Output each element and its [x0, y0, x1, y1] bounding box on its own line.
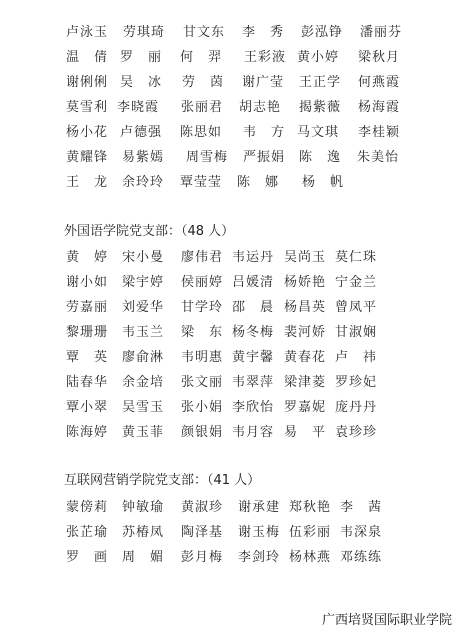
- member-name: 揭紫薇: [299, 96, 341, 115]
- member-name: 杨小花: [66, 121, 108, 140]
- member-name: 梁秋月: [358, 46, 400, 65]
- member-name: 陶泽基: [181, 521, 223, 540]
- member-name: 韦月容: [232, 421, 274, 440]
- member-name: 黄玉菲: [122, 421, 164, 440]
- member-name: 谢小如: [66, 271, 108, 290]
- member-name: 陆春华: [66, 371, 108, 390]
- member-name: 陈 娜: [237, 171, 279, 190]
- section-header: 外国语学院党支部：（48 人）: [64, 220, 234, 239]
- member-name: 李剑玲: [238, 546, 280, 565]
- member-name: 周 媚: [122, 546, 164, 565]
- member-name: 陈 逸: [299, 146, 341, 165]
- watermark: 广西培贤国际职业学院: [322, 609, 452, 628]
- member-name: 廖伟君: [181, 246, 223, 265]
- member-name: 谢玉梅: [238, 521, 280, 540]
- member-name: 李 茜: [340, 496, 382, 515]
- member-name: 陈海婷: [66, 421, 108, 440]
- member-name: 梁津菱: [284, 371, 326, 390]
- member-name: 覃小翠: [66, 396, 108, 415]
- member-name: 宋小曼: [122, 246, 164, 265]
- member-name: 劳琪琦: [123, 21, 165, 40]
- member-name: 李 秀: [242, 21, 284, 40]
- member-name: 何 羿: [180, 46, 222, 65]
- member-name: 劳 茵: [182, 71, 224, 90]
- member-name: 吴 冰: [120, 71, 162, 90]
- member-name: 钟敏瑜: [122, 496, 164, 515]
- member-name: 侯丽婷: [181, 271, 223, 290]
- member-name: 卢德强: [120, 121, 162, 140]
- member-name: 吴雪玉: [122, 396, 164, 415]
- member-name: 刘爱华: [122, 296, 164, 315]
- member-name: 裴河娇: [284, 321, 326, 340]
- member-name: 韦 方: [243, 121, 285, 140]
- member-name: 宁金兰: [335, 271, 377, 290]
- member-name: 庞丹丹: [335, 396, 377, 415]
- member-name: 张文丽: [181, 371, 223, 390]
- member-name: 郑秋艳: [289, 496, 331, 515]
- member-name: 彭泓铮: [301, 21, 343, 40]
- member-name: 杨冬梅: [232, 321, 274, 340]
- member-name: 莫仁珠: [335, 246, 377, 265]
- member-name: 罗 丽: [120, 46, 162, 65]
- member-name: 杨昌英: [284, 296, 326, 315]
- member-name: 韦明惠: [181, 346, 223, 365]
- member-name: 伍彩丽: [289, 521, 331, 540]
- member-name: 梁 东: [181, 321, 223, 340]
- member-name: 张丽君: [181, 96, 223, 115]
- member-name: 廖俞淋: [122, 346, 164, 365]
- member-name: 胡志艳: [239, 96, 281, 115]
- section-header: 互联网营销学院党支部：（41 人）: [64, 469, 260, 488]
- member-name: 何燕霞: [358, 71, 400, 90]
- member-name: 黄淑珍: [181, 496, 223, 515]
- member-name: 温 倩: [66, 46, 108, 65]
- member-name: 谢广莹: [242, 71, 284, 90]
- member-name: 杨林燕: [289, 546, 331, 565]
- member-name: 莫雪利: [66, 96, 108, 115]
- member-name: 谢承建: [238, 496, 280, 515]
- member-name: 彭月梅: [181, 546, 223, 565]
- member-name: 马文琪: [297, 121, 339, 140]
- member-name: 韦深泉: [340, 521, 382, 540]
- member-name: 韦玉兰: [122, 321, 164, 340]
- member-name: 黄小婷: [297, 46, 339, 65]
- member-name: 甘学玲: [181, 296, 223, 315]
- member-name: 朱美怡: [357, 146, 399, 165]
- member-name: 黎珊珊: [66, 321, 108, 340]
- member-name: 黄耀锋: [66, 146, 108, 165]
- member-name: 罗珍妃: [335, 371, 377, 390]
- member-name: 苏椿凤: [122, 521, 164, 540]
- member-name: 黄宇馨: [232, 346, 274, 365]
- member-name: 杨海霞: [358, 96, 400, 115]
- member-name: 谢俐俐: [66, 71, 108, 90]
- member-name: 潘丽芬: [360, 21, 402, 40]
- member-name: 杨娇艳: [284, 271, 326, 290]
- member-name: 杨 帆: [302, 171, 344, 190]
- member-name: 曾凤平: [335, 296, 377, 315]
- member-name: 黄春花: [284, 346, 326, 365]
- member-name: 黄 婷: [66, 246, 108, 265]
- member-name: 罗 画: [66, 546, 108, 565]
- member-name: 覃莹莹: [180, 171, 222, 190]
- member-name: 余玲玲: [122, 171, 164, 190]
- member-name: 王彩液: [244, 46, 286, 65]
- member-name: 周雪梅: [186, 146, 228, 165]
- member-name: 陈思如: [180, 121, 222, 140]
- member-name: 甘淑娴: [335, 321, 377, 340]
- member-name: 蒙傍莉: [66, 496, 108, 515]
- member-name: 卢泳玉: [66, 21, 108, 40]
- member-name: 韦翠萍: [232, 371, 274, 390]
- member-name: 卢 祎: [335, 346, 377, 365]
- member-name: 邓练练: [340, 546, 382, 565]
- member-name: 吕媛清: [232, 271, 274, 290]
- member-name: 李桂颖: [358, 121, 400, 140]
- member-name: 严振娟: [243, 146, 285, 165]
- member-name: 覃 英: [66, 346, 108, 365]
- member-name: 易紫嫣: [122, 146, 164, 165]
- member-name: 余金培: [122, 371, 164, 390]
- member-name: 袁珍珍: [335, 421, 377, 440]
- member-name: 李欣怡: [232, 396, 274, 415]
- member-name: 韦运丹: [232, 246, 274, 265]
- member-name: 甘文东: [183, 21, 225, 40]
- member-name: 张芷瑜: [66, 521, 108, 540]
- member-name: 劳嘉丽: [66, 296, 108, 315]
- member-name: 王正学: [299, 71, 341, 90]
- member-name: 梁宇婷: [122, 271, 164, 290]
- member-name: 罗嘉妮: [284, 396, 326, 415]
- member-name: 邵 晨: [232, 296, 274, 315]
- member-name: 王 龙: [66, 171, 108, 190]
- member-name: 张小娟: [181, 396, 223, 415]
- member-name: 易 平: [284, 421, 326, 440]
- member-name: 李晓霞: [117, 96, 159, 115]
- member-name: 吴尚玉: [284, 246, 326, 265]
- member-name: 颜银娟: [181, 421, 223, 440]
